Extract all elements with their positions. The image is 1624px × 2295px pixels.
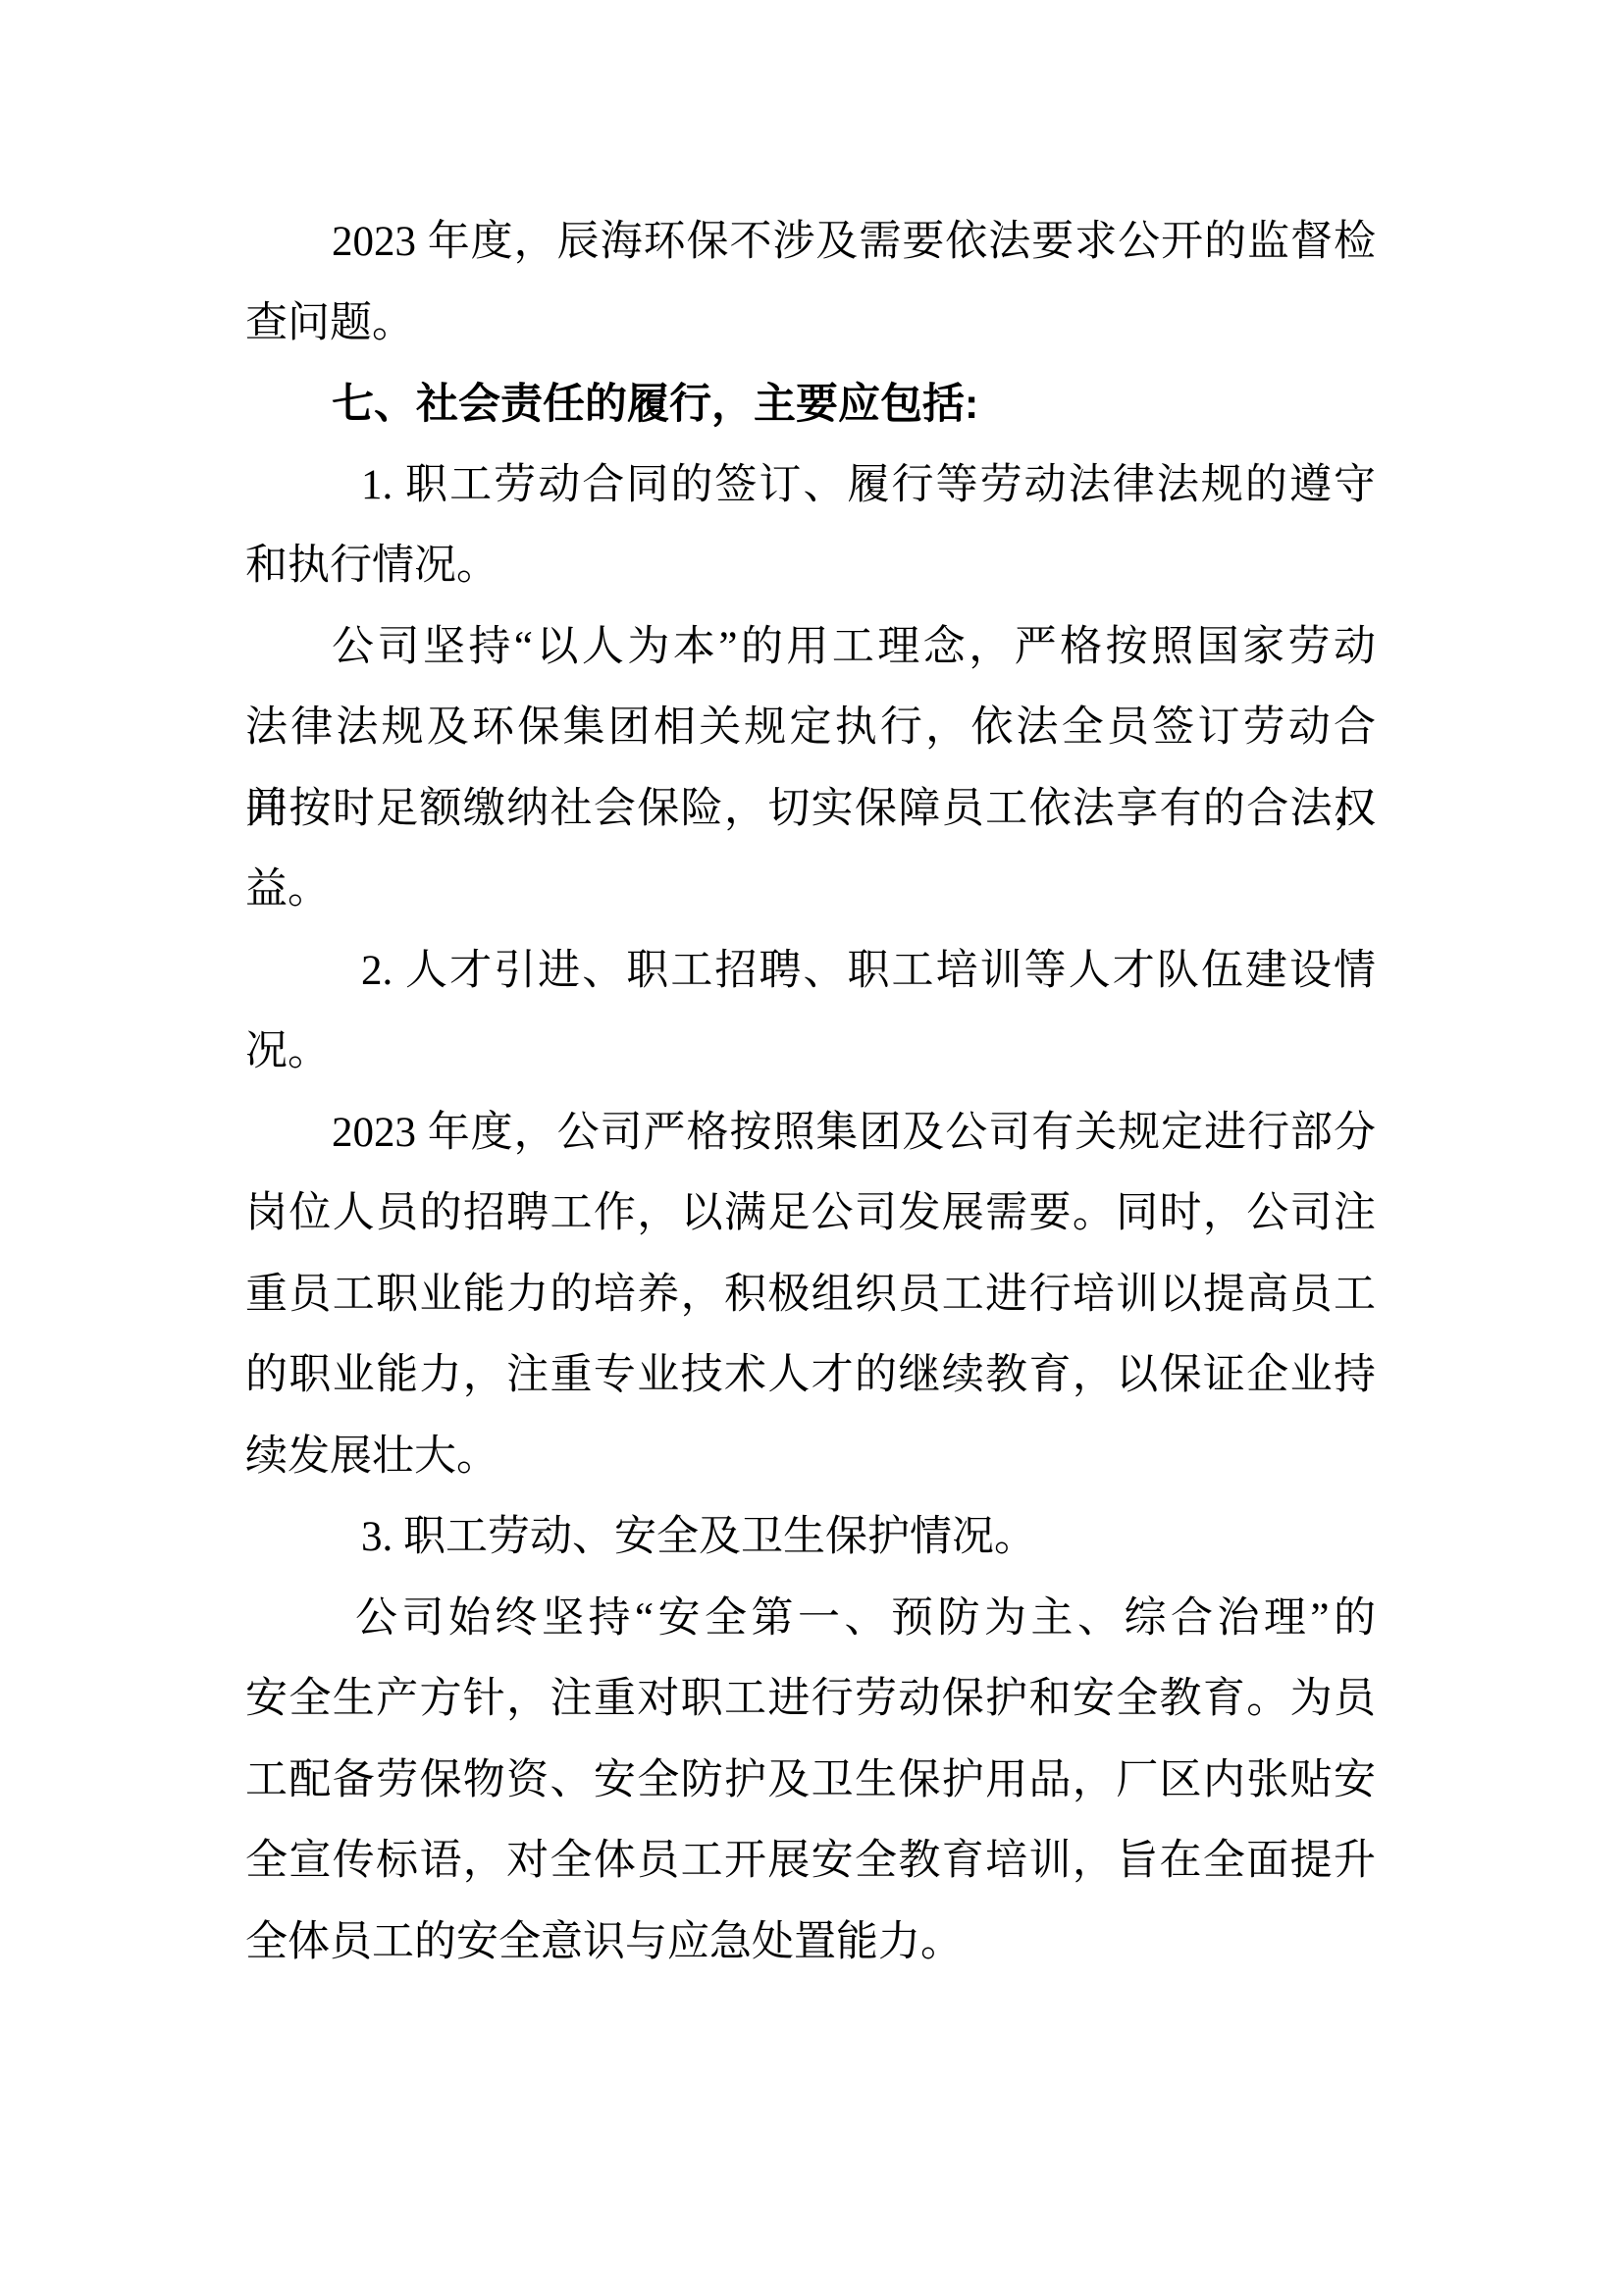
text-line-06: 公司坚持“以人为本”的用工理念，严格按照国家劳动 [245,607,1376,689]
text-line-13: 岗位人员的招聘工作，以满足公司发展需要。同时，公司注 [245,1174,1376,1255]
text-line-11: 况。 [245,1012,1376,1093]
text-line-05: 和执行情况。 [245,526,1376,607]
text-line-08: 并按时足额缴纳社会保险，切实保障员工依法享有的合法权 [245,769,1376,851]
text-line-02: 查问题。 [245,284,1376,365]
text-line-04-item-1: 1. 职工劳动合同的签订、履行等劳动法律法规的遵守 [245,445,1376,527]
text-line-18: 公司始终坚持“安全第一、预防为主、综合治理”的 [245,1579,1376,1660]
text-line-07: 法律法规及环保集团相关规定执行，依法全员签订劳动合同， [245,688,1376,769]
text-line-21: 全宣传标语，对全体员工开展安全教育培训，旨在全面提升 [245,1821,1376,1903]
text-line-19: 安全生产方针，注重对职工进行劳动保护和安全教育。为员 [245,1659,1376,1741]
text-line-12: 2023 年度，公司严格按照集团及公司有关规定进行部分 [245,1093,1376,1174]
text-line-09: 益。 [245,850,1376,931]
text-line-16: 续发展壮大。 [245,1417,1376,1498]
text-line-01: 2023 年度，辰海环保不涉及需要依法要求公开的监督检 [245,202,1376,284]
text-line-10-item-2: 2. 人才引进、职工招聘、职工培训等人才队伍建设情 [245,931,1376,1013]
text-line-20: 工配备劳保物资、安全防护及卫生保护用品，厂区内张贴安 [245,1741,1376,1822]
document-body: 2023 年度，辰海环保不涉及需要依法要求公开的监督检 查问题。 七、社会责任的… [245,202,1376,1983]
text-line-17-item-3: 3. 职工劳动、安全及卫生保护情况。 [245,1497,1376,1579]
text-line-15: 的职业能力，注重专业技术人才的继续教育，以保证企业持 [245,1335,1376,1417]
document-page: 2023 年度，辰海环保不涉及需要依法要求公开的监督检 查问题。 七、社会责任的… [0,0,1624,2295]
section-heading-social-responsibility: 七、社会责任的履行，主要应包括: [245,364,1376,445]
text-line-14: 重员工职业能力的培养，积极组织员工进行培训以提高员工 [245,1255,1376,1336]
text-line-22: 全体员工的安全意识与应急处置能力。 [245,1903,1376,1984]
